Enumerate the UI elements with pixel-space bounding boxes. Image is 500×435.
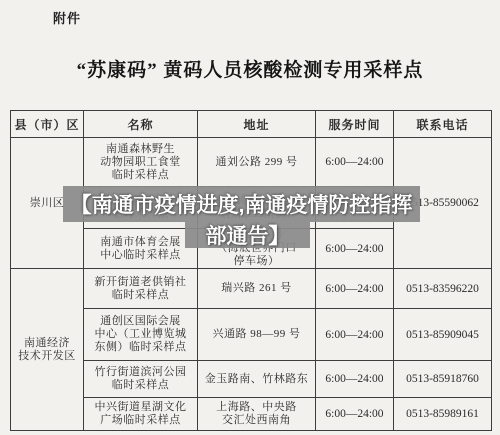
address-line: 兴通路 98—99 号 [199,328,314,341]
phone-number: 0513-85918760 [395,373,490,385]
site-name-line: 竹行街道滨河公园 [85,366,196,379]
site-name-line: 东侧）临时采样点 [85,341,196,354]
column-header-phone: 联系电话 [394,111,492,138]
column-header-hours: 服务时间 [316,111,394,138]
table-row: 竹行街道滨河公园 临时采样点 金玉路南、竹林路东 6:00—24:00 0513… [11,361,492,398]
phone-number: 0513-85989161 [395,408,490,420]
address-line: 停车场） [199,255,314,268]
table-header-row: 县（市）区 名称 地址 服务时间 联系电话 [11,111,492,138]
table-row: 通创区国际会展 中心（工业博览城 东侧）临时采样点 兴通路 98—99 号 6:… [11,309,492,361]
address-line: 上海路、中央路 [199,401,314,414]
phone-number: 0513-85909045 [395,329,490,341]
table-row: 崇川区 南通森林野生 动物园职工食堂 临时采样点 通刘公路 299 号 6:00… [11,138,492,187]
service-time-cell: 6:00—24:00 [316,229,394,269]
site-name-line: 临时采样点 [85,289,196,302]
service-time-cell: 6:00—24:00 [316,269,394,309]
county-cell-kaifaqu: 南通经济 技术开发区 [11,269,84,431]
service-time: 6:00—24:00 [317,283,392,295]
column-header-name: 名称 [84,111,198,138]
column-header-county: 县（市）区 [11,111,84,138]
column-header-address: 地址 [198,111,316,138]
site-name-cell: 中兴街道星湖文化 广场临时采样点 [84,398,198,431]
phone-number: 0513-83596220 [395,283,490,295]
site-name-line: 中兴街道星湖文化 [85,401,196,414]
watermark-overlay-line1: 【南通市疫情进度,南通疫情防控指挥 [63,186,420,222]
site-name-line: 新开街道老供销社 [85,276,196,289]
site-name-cell: 南通森林野生 动物园职工食堂 临时采样点 [84,138,198,187]
service-time-cell: 6:00—24:00 [316,309,394,361]
site-name-line: 中心（工业博览城 [85,328,196,341]
address-cell: 上海路、中央路 交汇处西南角 [198,398,316,431]
sampling-points-table: 县（市）区 名称 地址 服务时间 联系电话 崇川区 南通森林野生 动物园职工食堂… [10,110,492,431]
address-line: 瑞兴路 261 号 [199,282,314,295]
phone-cell: 0513-85989161 [394,398,492,431]
county-label: 南通经济 [12,337,82,350]
phone-cell: 0513-85918760 [394,361,492,398]
table-row: 南通经济 技术开发区 新开街道老供销社 临时采样点 瑞兴路 261 号 6:00… [11,269,492,309]
service-time-cell: 6:00—24:00 [316,361,394,398]
site-name-line: 临时采样点 [85,379,196,392]
service-time-cell: 6:00—24:00 [316,398,394,431]
site-name-cell: 南通市体育会展 中心临时采样点 [84,229,198,269]
service-time: 6:00—24:00 [317,329,392,341]
site-name-line: 中心临时采样点 [85,249,196,262]
county-label: 技术开发区 [12,350,82,363]
address-cell: 兴通路 98—99 号 [198,309,316,361]
service-time: 6:00—24:00 [317,243,392,255]
service-time-cell: 6:00—24:00 [316,138,394,187]
site-name-line: 临时采样点 [85,169,196,182]
service-time: 6:00—24:00 [317,408,392,420]
attachment-label: 附件 [53,8,81,27]
site-name-cell: 新开街道老供销社 临时采样点 [84,269,198,309]
service-time: 6:00—24:00 [317,156,392,168]
address-line: 交汇处西南角 [199,414,314,427]
document-title: “苏康码” 黄码人员核酸检测专用采样点 [0,55,500,82]
phone-cell: 0513-83596220 [394,269,492,309]
site-name-cell: 竹行街道滨河公园 临时采样点 [84,361,198,398]
watermark-overlay-line2: 部通告】 [185,222,310,248]
table-row: 中兴街道星湖文化 广场临时采样点 上海路、中央路 交汇处西南角 6:00—24:… [11,398,492,431]
service-time: 6:00—24:00 [317,373,392,385]
address-cell: 通刘公路 299 号 [198,138,316,187]
address-cell: 瑞兴路 261 号 [198,269,316,309]
site-name-line: 通创区国际会展 [85,315,196,328]
address-line: 通刘公路 299 号 [199,156,314,169]
site-name-line: 广场临时采样点 [85,414,196,427]
address-line: 金玉路南、竹林路东 [199,373,314,386]
phone-cell: 0513-85909045 [394,309,492,361]
site-name-line: 南通市体育会展 [85,236,196,249]
site-name-line: 南通森林野生 [85,143,196,156]
site-name-line: 动物园职工食堂 [85,156,196,169]
address-cell: 金玉路南、竹林路东 [198,361,316,398]
site-name-cell: 通创区国际会展 中心（工业博览城 东侧）临时采样点 [84,309,198,361]
